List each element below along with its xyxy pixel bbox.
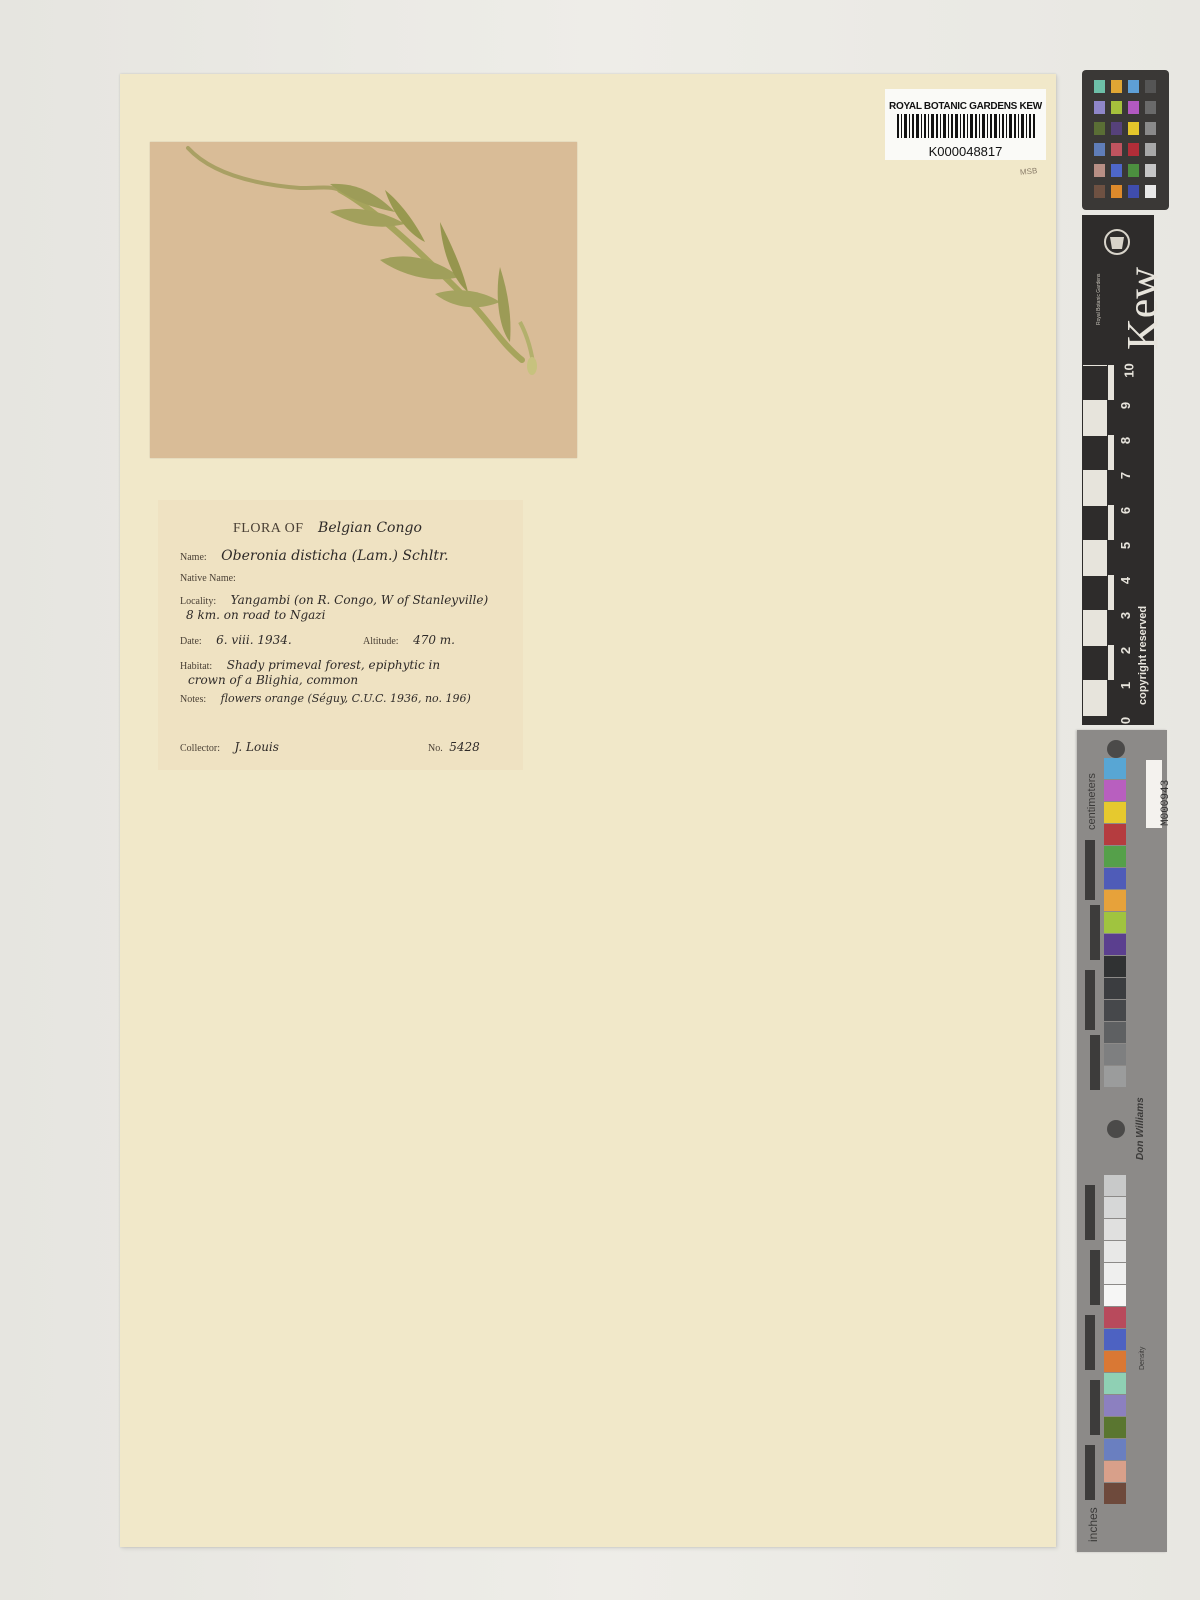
- ruler-segment: [1108, 680, 1114, 715]
- color-swatch: [1094, 122, 1105, 135]
- label-region: Belgian Congo: [318, 520, 422, 536]
- ruler-segment: [1108, 400, 1114, 435]
- ruler-segment: [1108, 435, 1114, 470]
- color-swatch: [1145, 101, 1156, 114]
- habitat-value: Shady primeval forest, epiphytic in: [227, 658, 440, 672]
- cm-number: 6: [1118, 507, 1133, 514]
- centimeters-label: centimeters: [1086, 773, 1098, 830]
- pressed-plant-specimen: [150, 142, 577, 458]
- ruler-segment: [1083, 470, 1107, 506]
- color-swatch: [1145, 122, 1156, 135]
- altitude-label: Altitude:: [363, 636, 399, 647]
- ruler-segment: [1083, 680, 1107, 716]
- ruler-segment: [1108, 540, 1114, 575]
- date-label: Date:: [180, 636, 202, 647]
- label-title: FLORA OF: [233, 521, 304, 536]
- habitat-label: Habitat:: [180, 661, 212, 672]
- collection-label: FLORA OF Belgian Congo Name: Oberonia di…: [158, 500, 523, 770]
- color-patch: [1104, 1417, 1126, 1438]
- scale-bar: [1085, 970, 1095, 1030]
- color-patch: [1104, 1329, 1126, 1350]
- cm-number: 8: [1118, 437, 1133, 444]
- barcode-icon: [895, 114, 1036, 138]
- color-swatch: [1128, 164, 1139, 177]
- notes-value: flowers orange (Séguy, C.U.C. 1936, no. …: [221, 692, 471, 705]
- color-swatch: [1128, 185, 1139, 198]
- color-swatch: [1145, 185, 1156, 198]
- color-swatch: [1111, 143, 1122, 156]
- color-patch: [1104, 1241, 1126, 1262]
- copyright-text: copyright reserved: [1137, 606, 1149, 705]
- collector-value: J. Louis: [235, 740, 279, 754]
- cm-number: 3: [1118, 612, 1133, 619]
- inches-label: inches: [1086, 1507, 1100, 1542]
- ruler-segment: [1083, 540, 1107, 576]
- color-checker: [1082, 70, 1169, 210]
- color-patch: [1104, 846, 1126, 867]
- color-patch: [1104, 934, 1126, 955]
- color-swatch: [1128, 101, 1139, 114]
- ruler-segment: [1083, 645, 1107, 681]
- ruler-segment: [1083, 435, 1107, 471]
- color-patch: [1104, 978, 1126, 999]
- ruler-segment: [1108, 470, 1114, 505]
- cm-number: 9: [1118, 402, 1133, 409]
- scale-bar: [1090, 1035, 1100, 1090]
- color-swatch: [1111, 101, 1122, 114]
- habitat-value-line2: crown of a Blighia, common: [188, 673, 358, 687]
- cm-number: 1: [1118, 682, 1133, 689]
- color-patch: [1104, 824, 1126, 845]
- scale-bar: [1090, 1250, 1100, 1305]
- color-patch: [1104, 1439, 1126, 1460]
- color-patch: [1104, 780, 1126, 801]
- color-patch: [1104, 868, 1126, 889]
- color-patch: [1104, 1000, 1126, 1021]
- number-label: No.: [428, 743, 443, 754]
- date-value: 6. viii. 1934.: [216, 633, 292, 647]
- color-swatch: [1111, 185, 1122, 198]
- cm-number: 0: [1118, 717, 1133, 724]
- color-patch: [1104, 890, 1126, 911]
- locality-label: Locality:: [180, 596, 216, 607]
- kew-scale-bar: Royal Botanic Gardens Kew copyright rese…: [1082, 215, 1154, 725]
- name-label: Name:: [180, 552, 207, 563]
- collector-label: Collector:: [180, 743, 220, 754]
- barcode-label: ROYAL BOTANIC GARDENS KEW K000048817: [885, 89, 1046, 160]
- color-patch: [1104, 758, 1126, 779]
- color-patch: [1104, 1219, 1126, 1240]
- color-patch: [1104, 1461, 1126, 1482]
- color-patch: [1104, 1044, 1126, 1065]
- color-swatch: [1145, 143, 1156, 156]
- ruler-segment: [1083, 365, 1107, 401]
- color-swatch: [1094, 101, 1105, 114]
- scale-bar: [1090, 905, 1100, 960]
- color-swatch: [1145, 164, 1156, 177]
- color-patch: [1104, 1197, 1126, 1218]
- ruler-segment: [1083, 505, 1107, 541]
- color-swatch: [1111, 122, 1122, 135]
- kew-subtitle: Royal Botanic Gardens: [1096, 274, 1102, 325]
- ruler-segment: [1083, 610, 1107, 646]
- color-patch: [1104, 802, 1126, 823]
- color-patch: [1104, 1307, 1126, 1328]
- registration-dot: [1107, 740, 1125, 758]
- cm-number: 4: [1118, 577, 1133, 584]
- color-patch: [1104, 1175, 1126, 1196]
- number-value: 5428: [449, 740, 480, 754]
- notes-label: Notes:: [180, 694, 206, 705]
- ruler-segment: [1108, 645, 1114, 680]
- color-swatch: [1094, 80, 1105, 93]
- brand-label: Don Williams: [1135, 1097, 1146, 1160]
- color-swatch: [1145, 80, 1156, 93]
- scale-bar: [1085, 1445, 1095, 1500]
- density-label: Density: [1139, 1347, 1146, 1370]
- ruler-segment: [1108, 610, 1114, 645]
- color-patch: [1104, 1395, 1126, 1416]
- color-swatch: [1128, 122, 1139, 135]
- color-patch: [1104, 1022, 1126, 1043]
- barcode-number: K000048817: [885, 144, 1046, 159]
- scale-bar: [1085, 840, 1095, 900]
- color-swatch: [1094, 164, 1105, 177]
- ruler-segment: [1108, 365, 1114, 400]
- color-patch: [1104, 1066, 1126, 1087]
- scale-bar: [1085, 1315, 1095, 1370]
- color-patch: [1104, 1483, 1126, 1504]
- annotation-mark: MSB: [1020, 166, 1038, 177]
- cm-number: 2: [1118, 647, 1133, 654]
- ruler-segment: [1108, 575, 1114, 610]
- native-name-label: Native Name:: [180, 573, 236, 584]
- name-value: Oberonia disticha (Lam.) Schltr.: [221, 548, 448, 564]
- cm-number: 10: [1122, 363, 1137, 377]
- color-patch: [1104, 912, 1126, 933]
- specimen-packet: [150, 142, 577, 458]
- color-swatch: [1128, 143, 1139, 156]
- color-patch: [1104, 956, 1126, 977]
- scale-bar: [1090, 1380, 1100, 1435]
- registration-dot: [1107, 1120, 1125, 1138]
- altitude-value: 470 m.: [413, 633, 455, 647]
- institution-name: ROYAL BOTANIC GARDENS KEW: [885, 101, 1046, 112]
- kew-crest-icon: [1100, 225, 1134, 259]
- kew-logo: Kew: [1117, 267, 1168, 350]
- color-patch: [1104, 1263, 1126, 1284]
- color-swatch: [1111, 164, 1122, 177]
- locality-value: Yangambi (on R. Congo, W of Stanleyville…: [231, 593, 489, 607]
- color-patch: [1104, 1285, 1126, 1306]
- color-swatch: [1111, 80, 1122, 93]
- cm-number: 7: [1118, 472, 1133, 479]
- scale-bar: [1085, 1185, 1095, 1240]
- card-id-label: M000943: [1146, 760, 1162, 828]
- ruler-segment: [1108, 505, 1114, 540]
- color-swatch: [1094, 143, 1105, 156]
- cm-number: 5: [1118, 542, 1133, 549]
- color-swatch: [1094, 185, 1105, 198]
- locality-value-line2: 8 km. on road to Ngazi: [186, 608, 325, 622]
- color-swatch: [1128, 80, 1139, 93]
- color-patch: [1104, 1351, 1126, 1372]
- color-patch: [1104, 1373, 1126, 1394]
- gray-color-card: centimeters inches Don Williams Density …: [1077, 730, 1167, 1552]
- ruler-segment: [1083, 400, 1107, 436]
- ruler-segment: [1083, 575, 1107, 611]
